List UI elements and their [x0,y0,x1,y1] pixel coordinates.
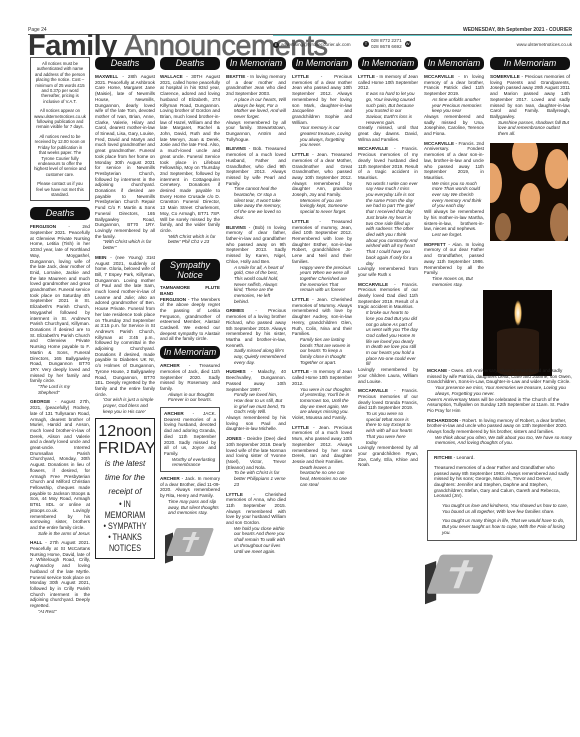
notice-entry: LYTTLE - In memory of Jean called Home 1… [292,369,352,420]
section-header-in-memoriam: In Memoriam [160,346,220,359]
section-header-sympathy: Sympathy Notice [160,259,220,281]
notice-entry: RICHARDSON - Robert. In loving memory of… [427,418,577,447]
notice-entry: MAXWELL - 28th August 2021. Peacefully a… [95,74,155,251]
section-header-in-memoriam: In Memoriam [292,57,352,70]
column-6: In Memoriam LYTTLE - In memory of Jean c… [358,57,418,472]
contact-bar: Eadvertising@tyronecourier.uk.com T028 8… [273,35,572,55]
bible-image [165,524,215,564]
section-header-in-memoriam: In Memoriam [490,57,570,70]
column-4: In Memoriam BEATTIE - In loving memory o… [226,57,286,558]
notice-entry: HUGHES - Malachy, 40 Beechvalley, Dungan… [226,369,286,432]
notice-entry: LYTTLE - Precious memories of a dear mot… [292,74,352,148]
notice-entry: MCKANE - Owen. 4th Anniversary. Always r… [427,368,577,414]
notice-entry: ARCHER - JACK. Dearest memories of a lov… [160,407,220,472]
deadline-box: 12noon FRIDAY is the latest time for the… [95,418,155,559]
email-link[interactable]: advertising@tyronecourier.uk.com [281,42,351,47]
column-1: All notices must be authenticated with n… [30,57,90,618]
column-8: In Memoriam SOMERVILLE - Precious memori… [490,57,570,241]
notice-entry: MCCARVILLE - Francis. 2nd Anniversary. F… [424,141,484,238]
notice-entry: BEATTIE - In loving memory of a dear mot… [226,74,286,142]
notice-entry: LYTTLE - Jean. Precious memories of a mu… [292,425,352,488]
notice-entry: MCCARVILLE - Francis. Precious memories … [358,146,418,277]
date-line: WEDNESDAY, 8th September 2021 - COURIER [463,27,572,33]
notice-entry: LYTTLE - Jean. Cherished memories of Mum… [292,297,352,365]
section-header-in-memoriam: In Memoriam [424,57,484,70]
notice-entry: LYTTLE - Jean. Treasured memories of a d… [292,152,352,215]
phone-icon: T [363,41,369,47]
section-header-in-memoriam: In Memoriam [226,57,286,70]
candlelight-bokeh-image [490,143,568,241]
ritchie-notice-box: RITCHIE - Leonard. Treasured memories of… [427,450,577,540]
column-2: Deaths MAXWELL - 28th August 2021. Peace… [95,57,155,559]
notice-entry: LYTTLE - In memory of Jean called Home 1… [358,74,418,142]
notice-entry: LYTTLE - Cherished memories of Anna, who… [226,492,286,555]
wide-notices: MCKANE - Owen. 4th Anniversary. Always r… [427,368,577,629]
column-5: In Memoriam LYTTLE - Precious memories o… [292,57,352,492]
notice-entry: ARCHER - Jack. In memory of a dear Broth… [160,476,220,516]
bible-image [425,549,579,633]
notice-entry: BLEVINS - (Bob) In loving memory of dear… [226,225,286,305]
notice-entry: WALLACE - 30TH August 2021, called home … [160,74,220,245]
notice-entry: MCCARVILLE - Francis. Precious memories … [358,282,418,385]
phone-2: 028 8678 6692 [371,44,402,50]
column-3: Deaths WALLACE - 30TH August 2021, calle… [160,57,220,572]
column-7: In Memoriam MCCARVILLE - In loving memor… [424,57,484,291]
notice-entry: HALL - 27th August 2021. Peacefully at S… [30,540,90,614]
notice-entry: GRIMES - Precious memories of a loving b… [226,308,286,365]
notice-entry: FERGUSON - 2nd September 2021. Peacefull… [30,224,90,395]
section-header-in-memoriam: In Memoriam [358,57,418,70]
notice-entry: GEORGE - August 27th, 2021, (peacefully)… [30,399,90,536]
notice-entry: LYTTLE - Treasured memories of mummy, Je… [292,219,352,293]
notice-entry: SOMERVILLE - Precious memories of loving… [490,74,570,137]
email-icon: E [273,42,279,48]
notice-entry: JONES - Deirdre (Dee) died 10th Septembe… [226,436,286,487]
notice-entry: ARCHER - Treasured memories of Jack, die… [160,363,220,403]
section-header-deaths: Deaths [30,207,90,220]
section-header-deaths: Deaths [95,57,155,70]
notice-entry: MEIN - (nee Young) 31st August 2021, sud… [95,255,155,415]
terms-notice: All notices must be authenticated with n… [30,57,90,201]
notice-entry: MCCARVILLE - Francis. Precious memories … [358,388,418,468]
notice-entry: MCCARVILLE - In loving memory of a dear … [424,74,484,137]
notice-entry: MOFFETT - Alan. In loving memory of our … [424,242,484,288]
web-link[interactable]: www.ulsternetnotices.co.uk [517,42,572,47]
web-icon: W [405,41,411,47]
notice-entry: FERGUSON - The Members of the above deep… [160,297,220,343]
notice-entry: BLEVINS - Bob. Treasured memories of a m… [226,146,286,220]
candle-image [483,290,552,376]
section-header-deaths: Deaths [160,57,220,70]
